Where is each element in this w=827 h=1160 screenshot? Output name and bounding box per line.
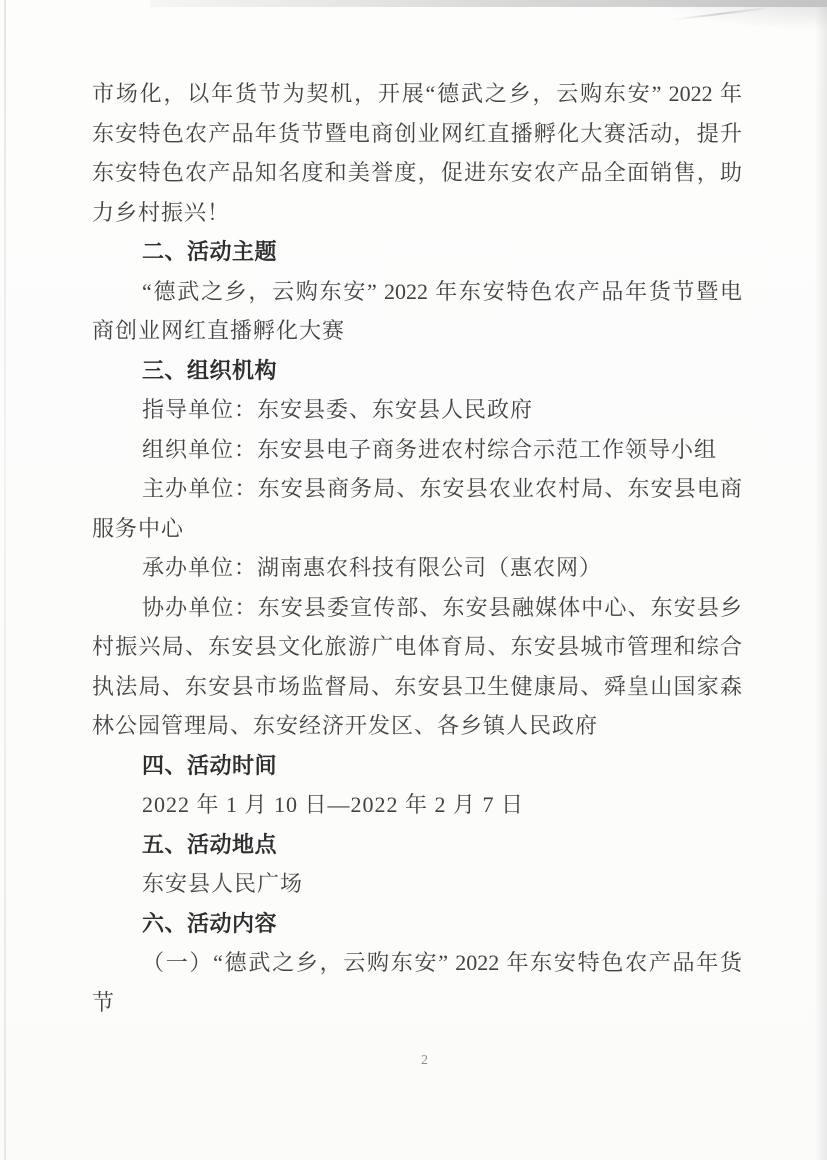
- document-line: 力乡村振兴！: [92, 193, 742, 233]
- scanned-document-page: 市场化，以年货节为契机，开展“德武之乡，云购东安” 2022 年东安特色农产品年…: [0, 0, 827, 1160]
- document-line: 商创业网红直播孵化大赛: [92, 311, 742, 351]
- document-line: 承办单位：湖南惠农科技有限公司（惠农网）: [92, 548, 742, 588]
- document-line: 东安特色农产品知名度和美誉度，促进东安农产品全面销售，助: [92, 153, 742, 193]
- scan-right-page-edge: [815, 0, 827, 1160]
- document-line: 节: [92, 983, 742, 1023]
- document-line: 主办单位：东安县商务局、东安县农业农村局、东安县电商: [92, 469, 742, 509]
- scan-top-right-smudge: [657, 0, 827, 30]
- document-line: 执法局、东安县市场监督局、东安县卫生健康局、舜皇山国家森: [92, 667, 742, 707]
- document-line: 服务中心: [92, 509, 742, 549]
- section-heading: 三、组织机构: [92, 351, 742, 391]
- section-heading: 四、活动时间: [92, 746, 742, 786]
- page-number: 2: [0, 1051, 827, 1071]
- document-line: 组织单位：东安县电子商务进农村综合示范工作领导小组: [92, 430, 742, 470]
- document-line: （一）“德武之乡，云购东安” 2022 年东安特色农产品年货: [92, 943, 742, 983]
- section-heading: 二、活动主题: [92, 232, 742, 272]
- document-line: “德武之乡，云购东安” 2022 年东安特色农产品年货节暨电: [92, 272, 742, 312]
- document-line: 指导单位：东安县委、东安县人民政府: [92, 390, 742, 430]
- section-heading: 六、活动内容: [92, 904, 742, 944]
- document-body: 市场化，以年货节为契机，开展“德武之乡，云购东安” 2022 年东安特色农产品年…: [92, 74, 742, 1022]
- section-heading: 五、活动地点: [92, 825, 742, 865]
- document-line: 2022 年 1 月 10 日—2022 年 2 月 7 日: [92, 785, 742, 825]
- document-line: 村振兴局、东安县文化旅游广电体育局、东安县城市管理和综合: [92, 627, 742, 667]
- document-line: 东安县人民广场: [92, 864, 742, 904]
- document-line: 林公园管理局、东安经济开发区、各乡镇人民政府: [92, 706, 742, 746]
- document-line: 东安特色农产品年货节暨电商创业网红直播孵化大赛活动，提升: [92, 114, 742, 154]
- document-line: 协办单位：东安县委宣传部、东安县融媒体中心、东安县乡: [92, 588, 742, 628]
- document-line: 市场化，以年货节为契机，开展“德武之乡，云购东安” 2022 年: [92, 74, 742, 114]
- scan-left-page-edge: [4, 0, 6, 1160]
